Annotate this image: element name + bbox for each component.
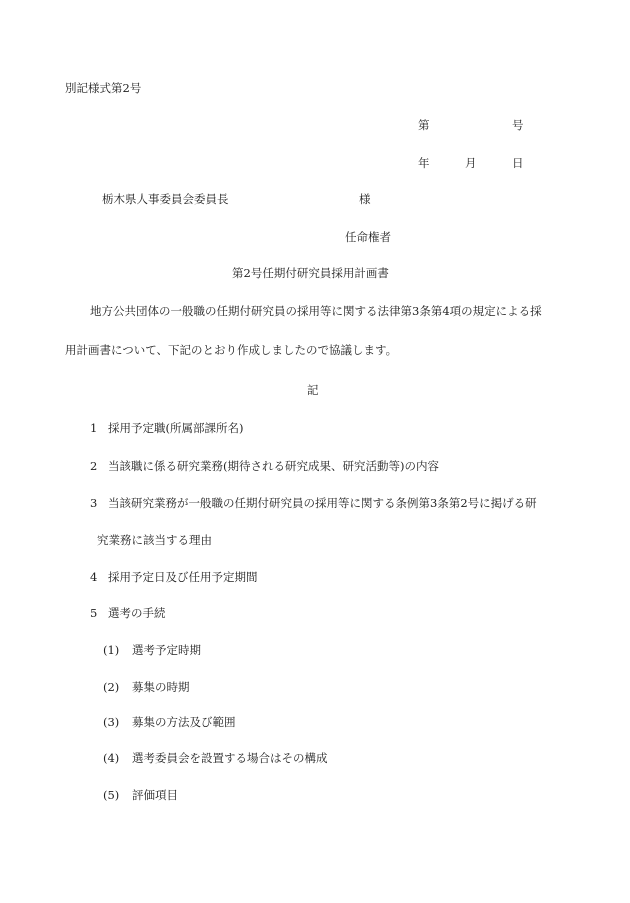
subitem-3-number: (3) xyxy=(103,715,119,729)
subitem-1-text: 選考予定時期 xyxy=(132,643,201,657)
subitem-5-text: 評価項目 xyxy=(132,788,178,802)
item-3-number: 3 xyxy=(90,496,97,510)
item-4-number: 4 xyxy=(90,570,97,584)
number-prefix: 第 xyxy=(418,118,430,132)
item-3-text: 当該研究業務が一般職の任期付研究員の採用等に関する条例第3条第2号に掲げる研 xyxy=(108,496,537,510)
number-suffix: 号 xyxy=(512,118,524,132)
date-day: 日 xyxy=(512,156,524,170)
item-5-number: 5 xyxy=(90,606,97,620)
item-1-text: 採用予定職(所属部課所名) xyxy=(108,421,243,435)
item-2-number: 2 xyxy=(90,459,97,473)
date-year: 年 xyxy=(418,156,430,170)
subitem-4-text: 選考委員会を設置する場合はその構成 xyxy=(132,751,328,765)
document-title: 第2号任期付研究員採用計画書 xyxy=(232,266,389,280)
item-1-number: 1 xyxy=(90,421,97,435)
subitem-3-text: 募集の方法及び範囲 xyxy=(132,715,236,729)
subitem-2-text: 募集の時期 xyxy=(132,680,190,694)
item-4-text: 採用予定日及び任用予定期間 xyxy=(108,570,258,584)
date-month: 月 xyxy=(465,156,477,170)
subitem-2-number: (2) xyxy=(103,680,119,694)
body-line-1: 地方公共団体の一般職の任期付研究員の採用等に関する法律第3条第4項の規定による採 xyxy=(90,304,542,318)
subitem-1-number: (1) xyxy=(103,643,119,657)
item-3-continuation: 究業務に該当する理由 xyxy=(97,533,212,547)
addressee-honorific: 様 xyxy=(359,192,371,206)
ki-heading: 記 xyxy=(307,383,319,397)
sender: 任命権者 xyxy=(345,230,391,244)
addressee-name: 栃木県人事委員会委員長 xyxy=(102,192,229,206)
item-5-text: 選考の手続 xyxy=(108,606,166,620)
body-line-2: 用計画書について、下記のとおり作成しましたので協議します。 xyxy=(65,343,397,357)
subitem-4-number: (4) xyxy=(103,751,119,765)
form-label: 別記様式第2号 xyxy=(65,81,141,95)
subitem-5-number: (5) xyxy=(103,788,119,802)
item-2-text: 当該職に係る研究業務(期待される研究成果、研究活動等)の内容 xyxy=(108,459,439,473)
